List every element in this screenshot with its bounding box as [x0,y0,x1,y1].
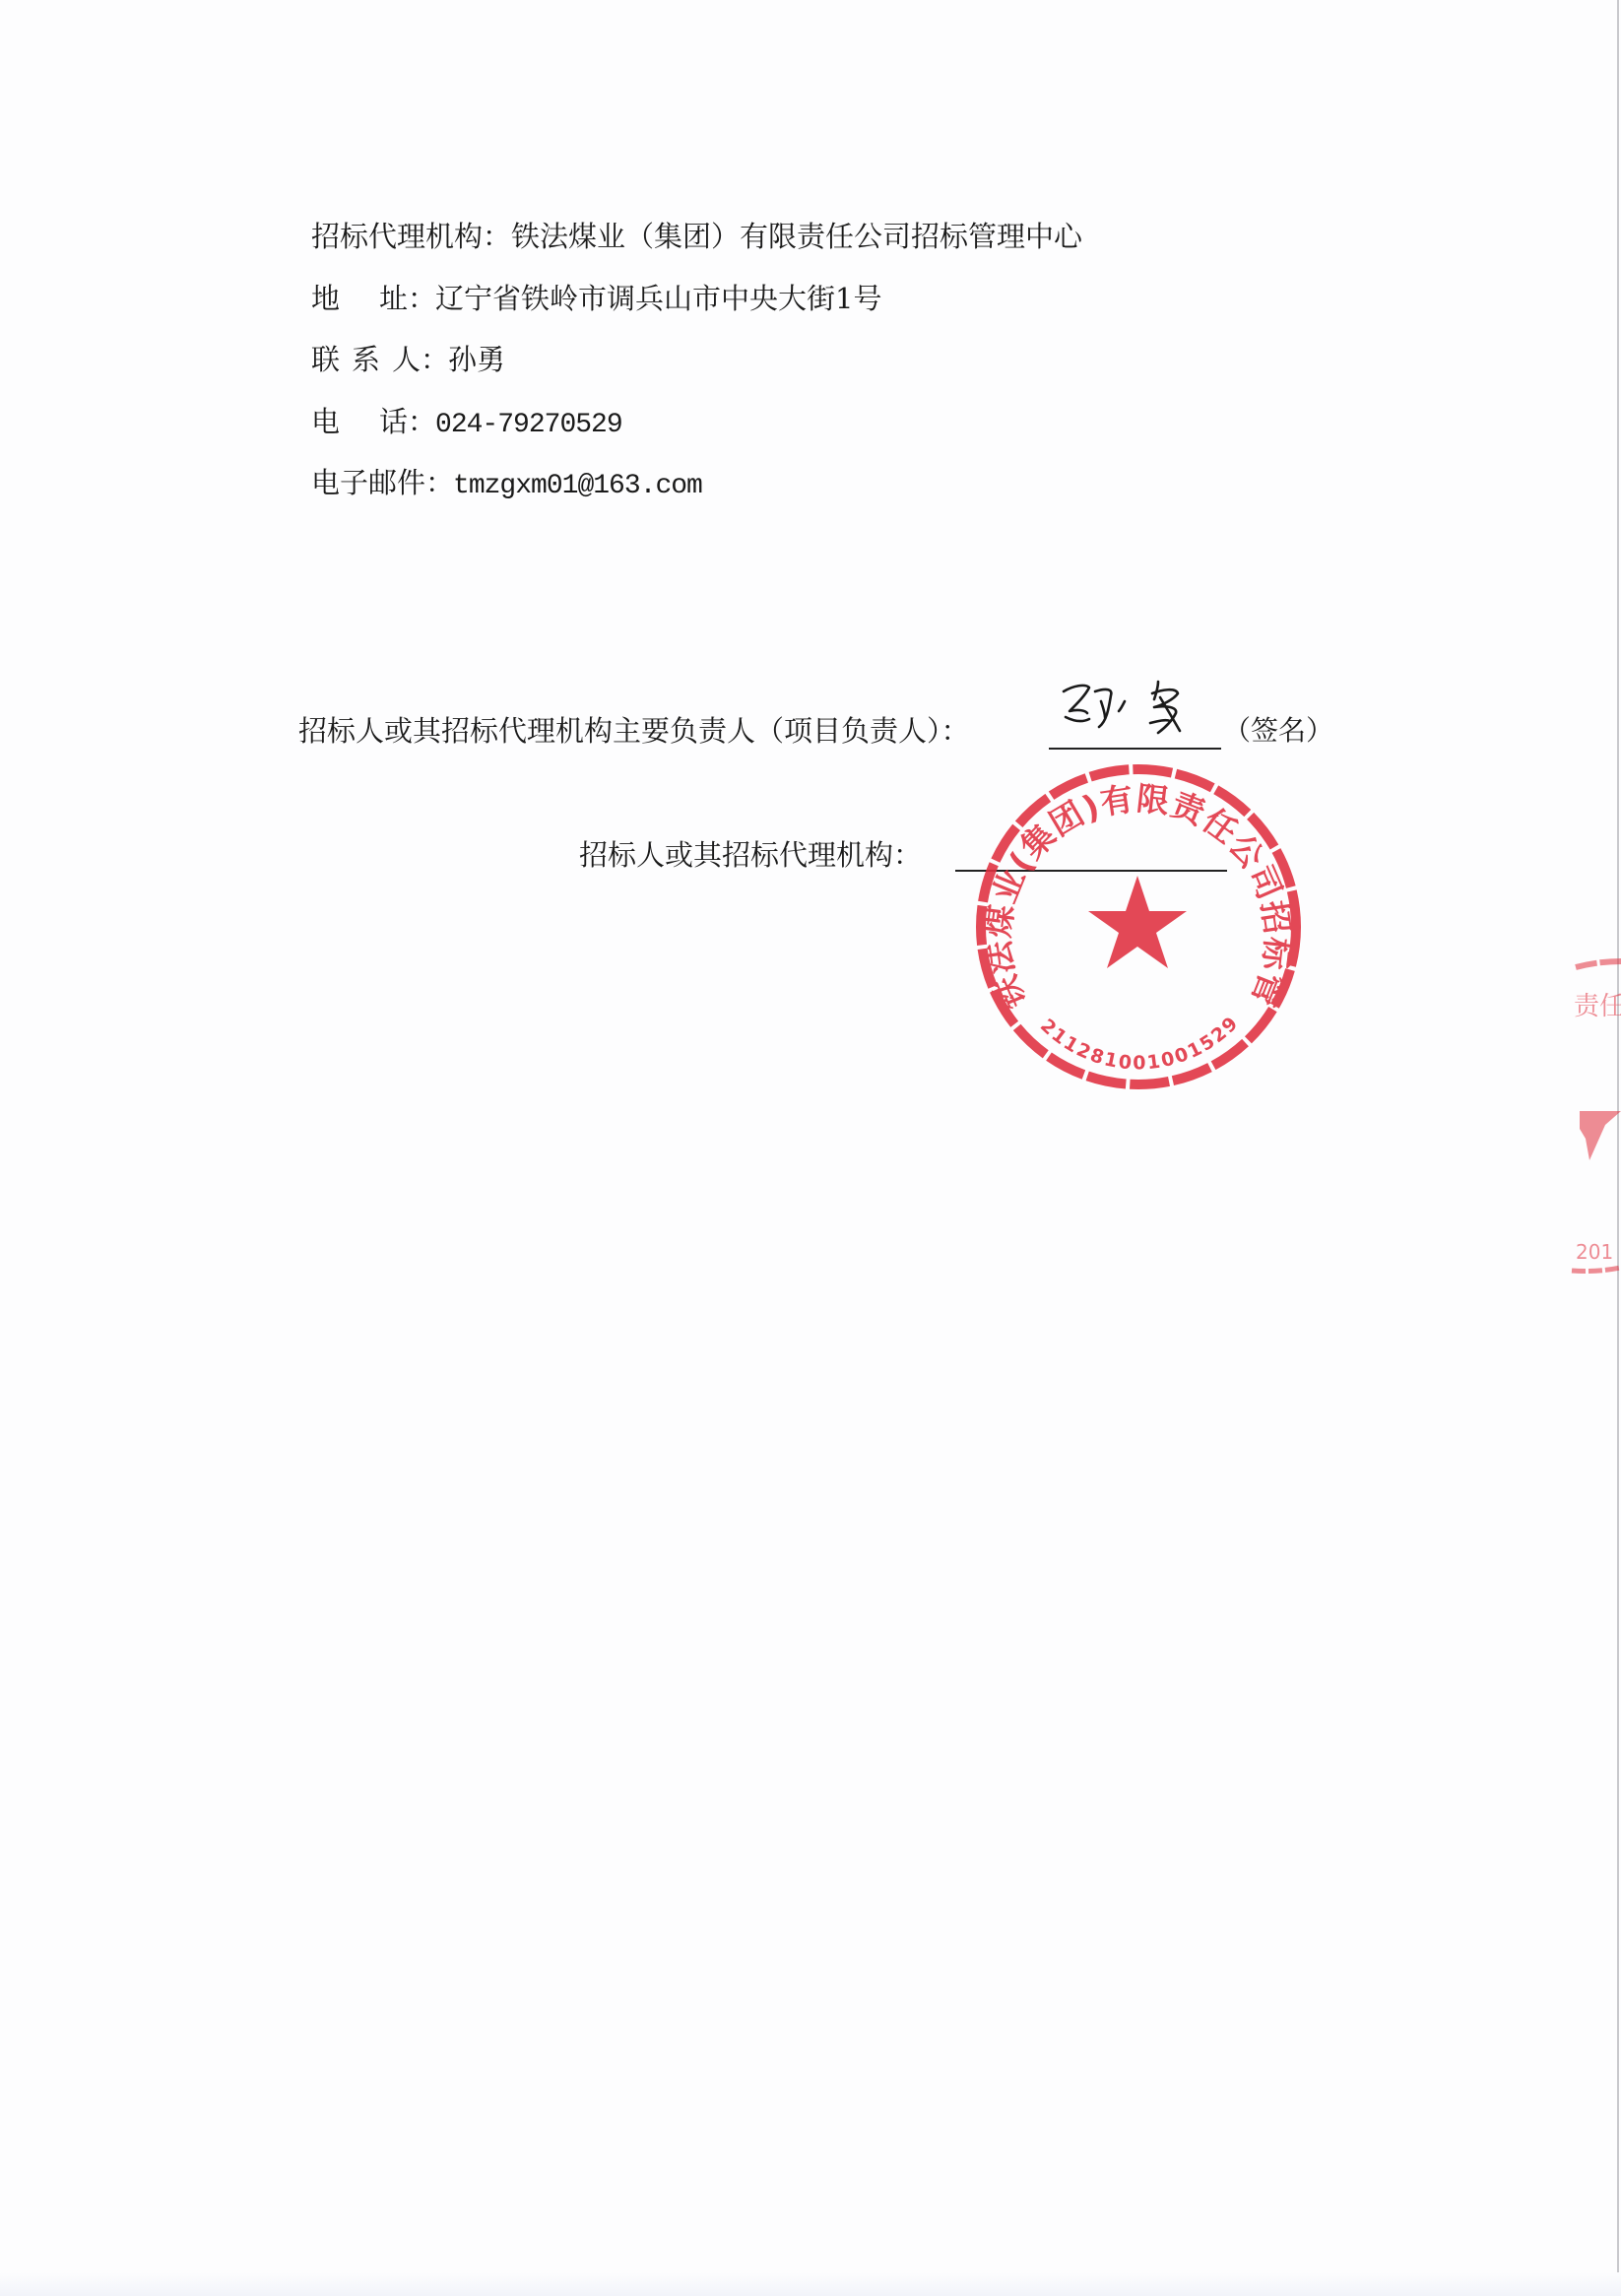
partial-seal-text: 责任 [1574,992,1621,1021]
phone-row: 电话：024-79270529 [311,402,622,441]
principal-signature-line [1049,748,1221,750]
agency-label: 招标代理机构 [311,217,483,256]
phone-colon: ： [408,402,425,441]
partial-seal-stamp-edge: 责任 201 [1566,946,1621,1280]
email-value: tmzgxm01@163.com [453,467,702,506]
email-label: 电子邮件 [311,463,425,502]
agency-value: 铁法煤业（集团）有限责任公司招标管理中心 [511,217,1082,256]
principal-suffix: （签名） [1223,711,1333,751]
partial-seal-number: 201 [1576,1240,1613,1264]
agency-colon: ： [483,220,511,253]
contact-person-colon: ： [421,340,438,379]
phone-value: 024-79270529 [435,406,622,445]
address-label: 地址 [311,279,408,318]
contact-person-value: 孙勇 [448,340,505,379]
agency-row: 招标代理机构：铁法煤业（集团）有限责任公司招标管理中心 [311,217,1082,256]
org-label: 招标人或其招标代理机构： [579,835,922,875]
partial-seal-star-icon [1580,1111,1621,1160]
handwritten-signature: 孙勇 [1056,678,1223,747]
principal-label: 招标人或其招标代理机构主要负责人（项目负责人）： [298,711,970,751]
official-seal-stamp: 铁法煤业(集团)有限责任公司招标管理中心 211281001001529 [968,756,1309,1097]
seal-top-text: 铁法煤业(集团)有限责任公司招标管理中心 [968,756,1297,1016]
page-bottom-edge [0,2272,1621,2296]
email-row: 电子邮件：tmzgxm01@163.com [311,463,702,502]
contact-person-label: 联系人 [311,340,432,379]
address-colon: ： [408,279,425,318]
email-colon: ： [425,463,443,502]
address-value: 辽宁省铁岭市调兵山市中央大街1号 [435,279,881,318]
seal-star-icon [1088,876,1187,968]
contact-person-row: 联系人：孙勇 [311,340,505,379]
address-row: 地址：辽宁省铁岭市调兵山市中央大街1号 [311,279,881,318]
